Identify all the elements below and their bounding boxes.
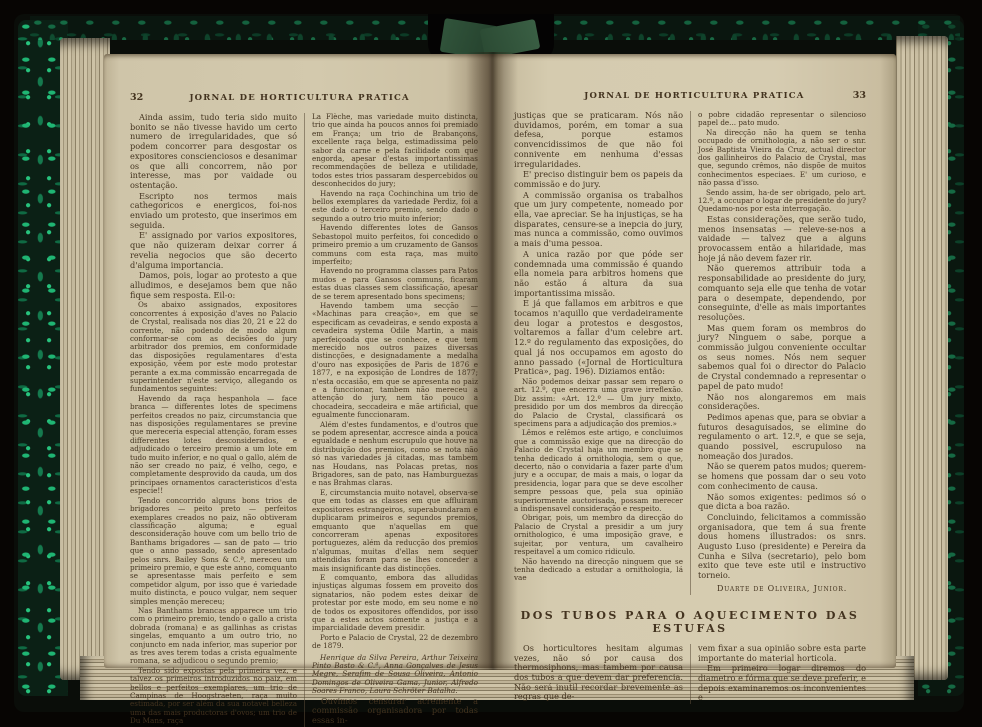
paragraph: Não havendo na direcção ninguem que se t… xyxy=(514,558,683,583)
paragraph: Duarte de Oliveira, Junior. xyxy=(698,584,866,594)
paragraph: Em primeiro logar diremos do diametro e … xyxy=(698,664,866,703)
article-columns: Os horticultores hesitam algumas vezes, … xyxy=(514,644,866,704)
paragraph: E comquanto, embora das alludidas injust… xyxy=(312,574,478,633)
paragraph: Ainda assim, tudo teria sido muito bonit… xyxy=(130,113,297,191)
paragraph: o pobre cidadão representar o silencioso… xyxy=(698,111,866,128)
paragraph: Havendo da raça hespanhola — face branca… xyxy=(130,395,297,496)
page-edges-left xyxy=(60,38,110,680)
right-page-number: 33 xyxy=(853,90,866,101)
paragraph: Lêmos e relêmos este artigo, e concluimo… xyxy=(514,429,683,513)
paragraph: A commissão organisa os trabalhos que um… xyxy=(514,191,683,249)
article-column-2: vem fixar a sua opinião sobre esta parte… xyxy=(690,644,866,704)
paragraph: Não queremos attribuir toda a responsabi… xyxy=(698,264,866,322)
article-title: DOS TUBOS PARA O AQUECIMENTO DAS ESTUFAS xyxy=(514,609,866,635)
paragraph: A unica razão por que póde ser condemnad… xyxy=(514,250,683,299)
paragraph: Pedimos apenas que, para se obviar a fut… xyxy=(698,413,866,462)
paragraph: Damos, pois, logar ao protesto a que all… xyxy=(130,271,297,300)
paragraph: Concluindo, felicitamos a commissão orga… xyxy=(698,513,866,581)
paragraph: La Flèche, mas variedade muito distincta… xyxy=(312,113,478,189)
right-page-column-1: justiças que se praticaram. Nós não duvi… xyxy=(514,111,690,595)
paragraph: Havendo na raça Cochinchina um trio de b… xyxy=(312,190,478,224)
paragraph: Os abaixo assignados, expositores concor… xyxy=(130,301,297,393)
paragraph: Nas Banthams brancas apparece um trio co… xyxy=(130,607,297,666)
right-page: JORNAL DE HORTICULTURA PRATICA 33 justiç… xyxy=(492,54,896,668)
right-page-column-2: o pobre cidadão representar o silencioso… xyxy=(690,111,866,595)
paragraph: Henrique da Silva Pereira, Arthur Teixei… xyxy=(312,654,478,696)
left-page: 32 JORNAL DE HORTICULTURA PRATICA Ainda … xyxy=(104,54,492,668)
paragraph: Não se querem patos mudos; querem-se hom… xyxy=(698,462,866,491)
paragraph: Tendo concorrido alguns bons trios de br… xyxy=(130,497,297,606)
right-page-header: JORNAL DE HORTICULTURA PRATICA 33 xyxy=(514,90,866,101)
paragraph: justiças que se praticaram. Nós não duvi… xyxy=(514,111,683,169)
paragraph: Escripto nos termos mais cathegoricos e … xyxy=(130,192,297,231)
paragraph: Mas quem foram os membros do jury? Ningu… xyxy=(698,324,866,392)
paragraph: E' assignado por varios expositores, que… xyxy=(130,231,297,270)
page-edges-right xyxy=(896,36,948,680)
paragraph: Não nos alongaremos em mais consideraçõe… xyxy=(698,393,866,412)
paragraph: Porto e Palacio de Crystal, 22 de dezemb… xyxy=(312,634,478,651)
left-page-columns: Ainda assim, tudo teria sido muito bonit… xyxy=(130,113,478,721)
paragraph: Ouvimos censurar acremente a commissão o… xyxy=(312,697,478,721)
right-page-running-title: JORNAL DE HORTICULTURA PRATICA xyxy=(536,91,853,101)
paragraph: Não somos exigentes: pedimos só o que di… xyxy=(698,493,866,512)
paragraph: Tendo sido expostas pela primeira vez, e… xyxy=(130,667,297,721)
paragraph: Estas considerações, que serão tudo, men… xyxy=(698,215,866,264)
left-page-number: 32 xyxy=(130,92,143,103)
paragraph: Não podemos deixar passar sem reparo o a… xyxy=(514,378,683,428)
paragraph: E' preciso distinguir bem os papeis da c… xyxy=(514,170,683,189)
paragraph: vem fixar a sua opinião sobre esta parte… xyxy=(698,644,866,663)
left-page-running-title: JORNAL DE HORTICULTURA PRATICA xyxy=(143,93,456,103)
photo-background: 32 JORNAL DE HORTICULTURA PRATICA Ainda … xyxy=(0,0,982,721)
paragraph: Havendo no programma classes para Patos … xyxy=(312,267,478,301)
paragraph: E, circumstancia muito notavel, observa-… xyxy=(312,489,478,573)
article-tubos: DOS TUBOS PARA O AQUECIMENTO DAS ESTUFAS… xyxy=(514,609,866,704)
left-page-header: 32 JORNAL DE HORTICULTURA PRATICA xyxy=(130,92,478,103)
paragraph: Além d'estes fundamentos, e d'outros que… xyxy=(312,421,478,488)
paragraph: Havendo differentes lotes de Gansos Seba… xyxy=(312,224,478,266)
article-column-1: Os horticultores hesitam algumas vezes, … xyxy=(514,644,690,704)
left-page-column-2: La Flèche, mas variedade muito distincta… xyxy=(304,113,478,721)
paragraph: Havendo tambem uma secção — «Machinas pa… xyxy=(312,302,478,420)
left-page-column-1: Ainda assim, tudo teria sido muito bonit… xyxy=(130,113,304,721)
right-page-columns: justiças que se praticaram. Nós não duvi… xyxy=(514,111,866,595)
paragraph: Os horticultores hesitam algumas vezes, … xyxy=(514,644,683,702)
paragraph: Sendo assim, ha-de ser obrigado, pelo ar… xyxy=(698,189,866,214)
paragraph: E já que fallamos em arbitros e que toca… xyxy=(514,299,683,377)
paragraph: Na direcção não ha quem se tenha occupad… xyxy=(698,129,866,188)
paragraph: Obrigar, pois, um membro da direcção do … xyxy=(514,514,683,556)
